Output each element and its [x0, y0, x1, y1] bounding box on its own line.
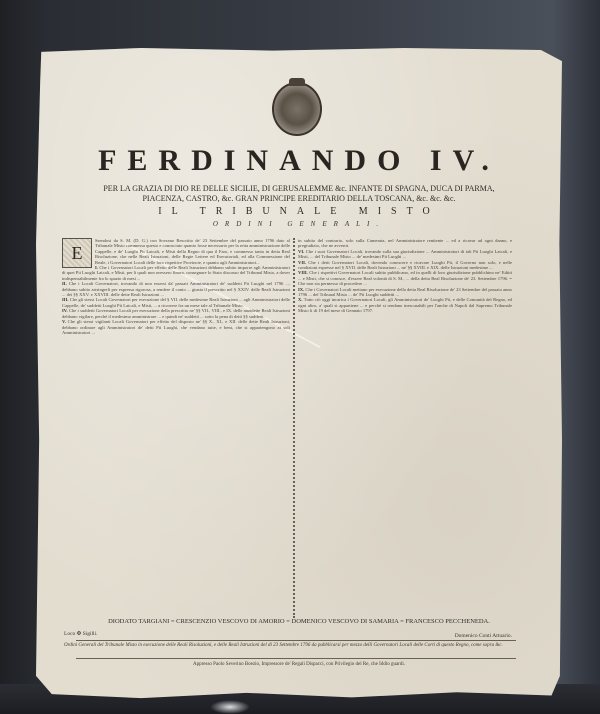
ordinance-article: VIII. Che i rispettivi Governatori Local…: [298, 270, 512, 286]
article-number: VIII.: [298, 270, 308, 275]
article-text: Che i suoi Governatori Locali, trovando …: [298, 249, 512, 259]
article-text: Ssendosi da S. M. (D. G.) con Sovrano Re…: [95, 238, 290, 265]
article-number: X.: [298, 297, 302, 302]
ordinance-article: VI. Che i suoi Governatori Locali, trova…: [298, 249, 512, 260]
ordinance-article: in subito del contrario, solo sulla Came…: [298, 238, 512, 249]
horizontal-rule: [76, 658, 516, 659]
ordinance-article: III. Che gli stessi Locali Governatori p…: [62, 297, 290, 308]
article-text: Che gli stessi Locali Governatori per es…: [62, 297, 290, 307]
right-text-column: in subito del contrario, solo sulla Came…: [298, 238, 512, 618]
royal-titles: PER LA GRAZIA DI DIO RE DELLE SICILIE, D…: [76, 184, 522, 204]
article-number: IV.: [62, 308, 68, 313]
ordinance-article: Ssendosi da S. M. (D. G.) con Sovrano Re…: [62, 238, 290, 265]
article-number: II.: [62, 281, 67, 286]
signatories: DIODATO TARGIANI = CRESCENZIO VESCOVO DI…: [36, 618, 562, 625]
glass-reflection: [210, 700, 250, 714]
horizontal-rule: [76, 640, 516, 641]
ordinance-article: IX. Che i Governatori Locali mettano per…: [298, 287, 512, 298]
ordinance-article: V. Che gli stessi vigilanti Locali Gover…: [62, 319, 290, 335]
article-text: Che i rispettivi Governatori Locali subi…: [298, 270, 512, 286]
ordinance-article: I. Che i Governatori Locali per effetto …: [62, 265, 290, 281]
publication-note: Ordini Generali del Tribunale Misto in e…: [64, 643, 534, 649]
article-number: IX.: [298, 287, 304, 292]
article-text: Che i Governatori Locali mettano per ese…: [298, 287, 512, 297]
ordinance-article: VII. Che i detti Governatori Locali, dov…: [298, 260, 512, 271]
ordinance-article: IV. Che i suddetti Governatori Locali pe…: [62, 308, 290, 319]
article-text: Tutto ciò oggi incarica i Governatori Lo…: [298, 297, 512, 313]
article-number: VI.: [298, 249, 304, 254]
printer-imprint: Appresso Paolo Severino Boezio, Impresso…: [36, 662, 562, 667]
column-divider: [293, 238, 297, 618]
section-heading: ORDINI GENERALI.: [36, 220, 562, 228]
article-text: Che gli stessi vigilanti Locali Governat…: [62, 319, 290, 335]
ordinance-article: X. Tutto ciò oggi incarica i Governatori…: [298, 297, 512, 313]
article-text: Che i Locali Governatori, trovando di no…: [62, 281, 290, 297]
article-number: V.: [62, 319, 66, 324]
royal-titles-line-2: PIACENZA, CASTRO, &c. GRAN PRINCIPE ERED…: [76, 194, 522, 204]
article-text: Che i suddetti Governatori Locali per es…: [62, 308, 290, 318]
issuing-tribunal: IL TRIBUNALE MISTO: [36, 206, 562, 217]
article-number: I.: [95, 265, 98, 270]
royal-seal-icon: [272, 82, 322, 136]
article-text: in subito del contrario, solo sulla Came…: [298, 238, 512, 248]
seal-location-label: Loco ✠ Sigilli.: [64, 631, 97, 637]
article-number: III.: [62, 297, 69, 302]
article-text: Che i detti Governatori Locali, dovendo …: [298, 260, 512, 270]
article-number: VII.: [298, 260, 306, 265]
royal-titles-line-1: PER LA GRAZIA DI DIO RE DELLE SICILIE, D…: [76, 184, 522, 194]
left-text-column: E Ssendosi da S. M. (D. G.) con Sovrano …: [62, 238, 290, 618]
ornamental-drop-cap: E: [62, 238, 92, 268]
historical-document-paper: FERDINANDO IV. PER LA GRAZIA DI DIO RE D…: [36, 48, 562, 702]
ordinance-article: II. Che i Locali Governatori, trovando d…: [62, 281, 290, 297]
document-title: FERDINANDO IV.: [36, 144, 562, 178]
clerk-signature: Domenico Conti Attuario.: [455, 633, 512, 639]
